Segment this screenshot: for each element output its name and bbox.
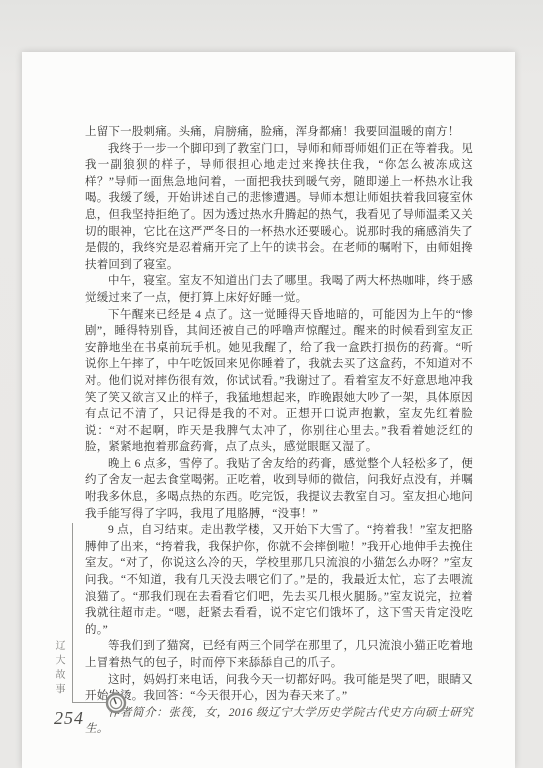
- story-paragraph: 中午，寝室。室友不知道出门去了哪里。我喝了两大杯热咖啡，终于感觉缓过来了一点，便…: [85, 273, 473, 306]
- story-paragraph: 等我们到了猫窝，已经有两三个同学在那里了，几只流浪小猫正吃着地上冒着热气的包子，…: [85, 638, 473, 671]
- story-paragraph: 上留下一股刺痛。头痛，肩膀痛，脸痛，浑身都痛！我要回温暖的南方！: [85, 124, 473, 141]
- story-paragraph: 晚上 6 点多，雪停了。我贴了舍友给的药膏，感觉整个人轻松多了，便约了舍友一起去…: [85, 456, 473, 522]
- author-bio-note: 作者简介：张筏，女，2016 级辽宁大学历史学院古代史方向硕士研究生。: [85, 705, 473, 738]
- book-page: 上留下一股刺痛。头痛，肩膀痛，脸痛，浑身都痛！我要回温暖的南方！ 我终于一步一个…: [22, 52, 515, 768]
- story-paragraph: 9 点，自习结束。走出教学楼，又开始下大雪了。“挎着我！”室友把胳膊伸了出来，“…: [85, 522, 473, 638]
- story-paragraph: 这时，妈妈打来电话，问我今天一切都好吗。我可能是哭了吧，眼睛又开始发烫。我回答：…: [85, 672, 473, 705]
- story-text-column: 上留下一股刺痛。头痛，肩膀痛，脸痛，浑身都痛！我要回温暖的南方！ 我终于一步一个…: [85, 124, 473, 738]
- footer-rule-vertical: [72, 523, 73, 703]
- clock-icon: [105, 692, 127, 714]
- footer-rule-horizontal: [72, 702, 107, 703]
- sidebar-series-label: 辽大故事: [51, 640, 66, 698]
- page-number: 254: [54, 708, 84, 729]
- story-paragraph: 我终于一步一个脚印到了教室门口，导师和师哥师姐们正在等着我。见我一副狼狈的样子，…: [85, 141, 473, 274]
- story-paragraph: 下午醒来已经是 4 点了。这一觉睡得天昏地暗的，可能因为上午的“惨剧”，睡得特别…: [85, 307, 473, 456]
